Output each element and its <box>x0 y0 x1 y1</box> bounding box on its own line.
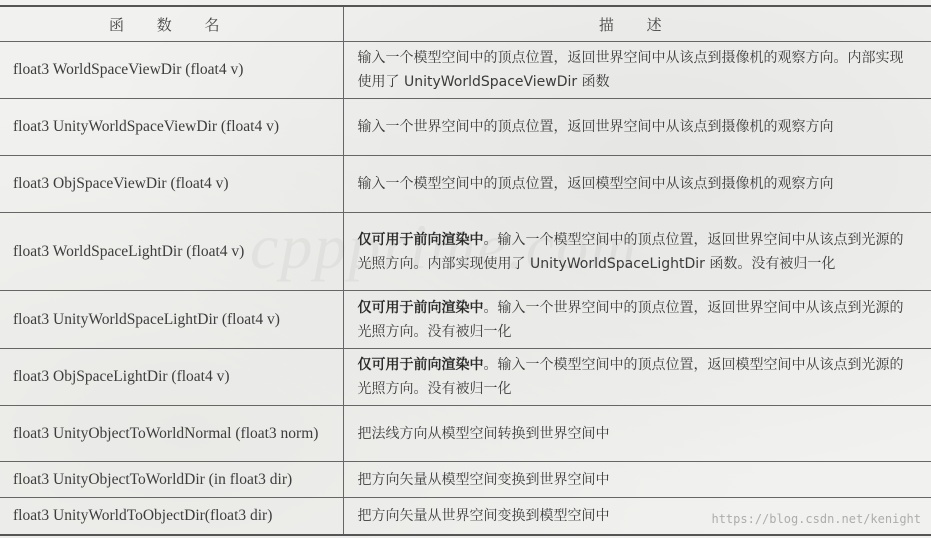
function-description: 仅可用于前向渲染中。输入一个模型空间中的顶点位置，返回世界空间中从该点到光源的光… <box>343 213 931 291</box>
function-signature: float3 WorldSpaceViewDir (float4 v) <box>0 42 343 99</box>
function-signature: float3 UnityWorldSpaceLightDir (float4 v… <box>0 291 343 349</box>
table-row: float3 UnityObjectToWorldDir (in float3 … <box>0 462 931 498</box>
description-text: 输入一个模型空间中的顶点位置，返回世界空间中从该点到摄像机的观察方向。内部实现使… <box>358 50 904 90</box>
forward-rendering-note: 仅可用于前向渲染中 <box>358 357 484 373</box>
function-description: 输入一个世界空间中的顶点位置，返回世界空间中从该点到摄像机的观察方向 <box>343 99 931 156</box>
table-row: float3 UnityWorldSpaceLightDir (float4 v… <box>0 291 931 349</box>
function-signature: float3 UnityWorldToObjectDir(float3 dir) <box>0 498 343 536</box>
forward-rendering-note: 仅可用于前向渲染中 <box>358 232 484 248</box>
table-row: float3 WorldSpaceLightDir (float4 v) 仅可用… <box>0 213 931 291</box>
function-description: 输入一个模型空间中的顶点位置，返回世界空间中从该点到摄像机的观察方向。内部实现使… <box>343 42 931 99</box>
unity-helper-functions-table: 函 数 名 描 述 float3 WorldSpaceViewDir (floa… <box>0 5 931 536</box>
function-description: 仅可用于前向渲染中。输入一个模型空间中的顶点位置，返回模型空间中从该点到光源的光… <box>343 349 931 406</box>
description-text: 输入一个世界空间中的顶点位置，返回世界空间中从该点到摄像机的观察方向 <box>358 119 834 135</box>
description-text: 把方向矢量从模型空间变换到世界空间中 <box>358 472 610 488</box>
function-signature: float3 UnityObjectToWorldDir (in float3 … <box>0 462 343 498</box>
function-description: 把法线方向从模型空间转换到世界空间中 <box>343 406 931 462</box>
function-signature: float3 WorldSpaceLightDir (float4 v) <box>0 213 343 291</box>
table-row: float3 UnityObjectToWorldNormal (float3 … <box>0 406 931 462</box>
description-text: 把方向矢量从世界空间变换到模型空间中 <box>358 508 610 524</box>
blog-url-watermark: https://blog.csdn.net/kenight <box>711 512 921 526</box>
forward-rendering-note: 仅可用于前向渲染中 <box>358 300 484 316</box>
function-description: 仅可用于前向渲染中。输入一个世界空间中的顶点位置，返回世界空间中从该点到光源的光… <box>343 291 931 349</box>
function-signature: float3 UnityObjectToWorldNormal (float3 … <box>0 406 343 462</box>
table-row: float3 WorldSpaceViewDir (float4 v) 输入一个… <box>0 42 931 99</box>
function-signature: float3 ObjSpaceViewDir (float4 v) <box>0 156 343 213</box>
table-header-row: 函 数 名 描 述 <box>0 6 931 42</box>
column-header-description: 描 述 <box>343 6 931 42</box>
function-signature: float3 ObjSpaceLightDir (float4 v) <box>0 349 343 406</box>
table-row: float3 ObjSpaceLightDir (float4 v) 仅可用于前… <box>0 349 931 406</box>
function-description: 输入一个模型空间中的顶点位置，返回模型空间中从该点到摄像机的观察方向 <box>343 156 931 213</box>
description-text: 把法线方向从模型空间转换到世界空间中 <box>358 426 610 442</box>
table-row: float3 UnityWorldSpaceViewDir (float4 v)… <box>0 99 931 156</box>
table-row: float3 ObjSpaceViewDir (float4 v) 输入一个模型… <box>0 156 931 213</box>
description-text: 输入一个模型空间中的顶点位置，返回模型空间中从该点到摄像机的观察方向 <box>358 176 834 192</box>
function-description: 把方向矢量从模型空间变换到世界空间中 <box>343 462 931 498</box>
function-signature: float3 UnityWorldSpaceViewDir (float4 v) <box>0 99 343 156</box>
column-header-function-name: 函 数 名 <box>0 6 343 42</box>
